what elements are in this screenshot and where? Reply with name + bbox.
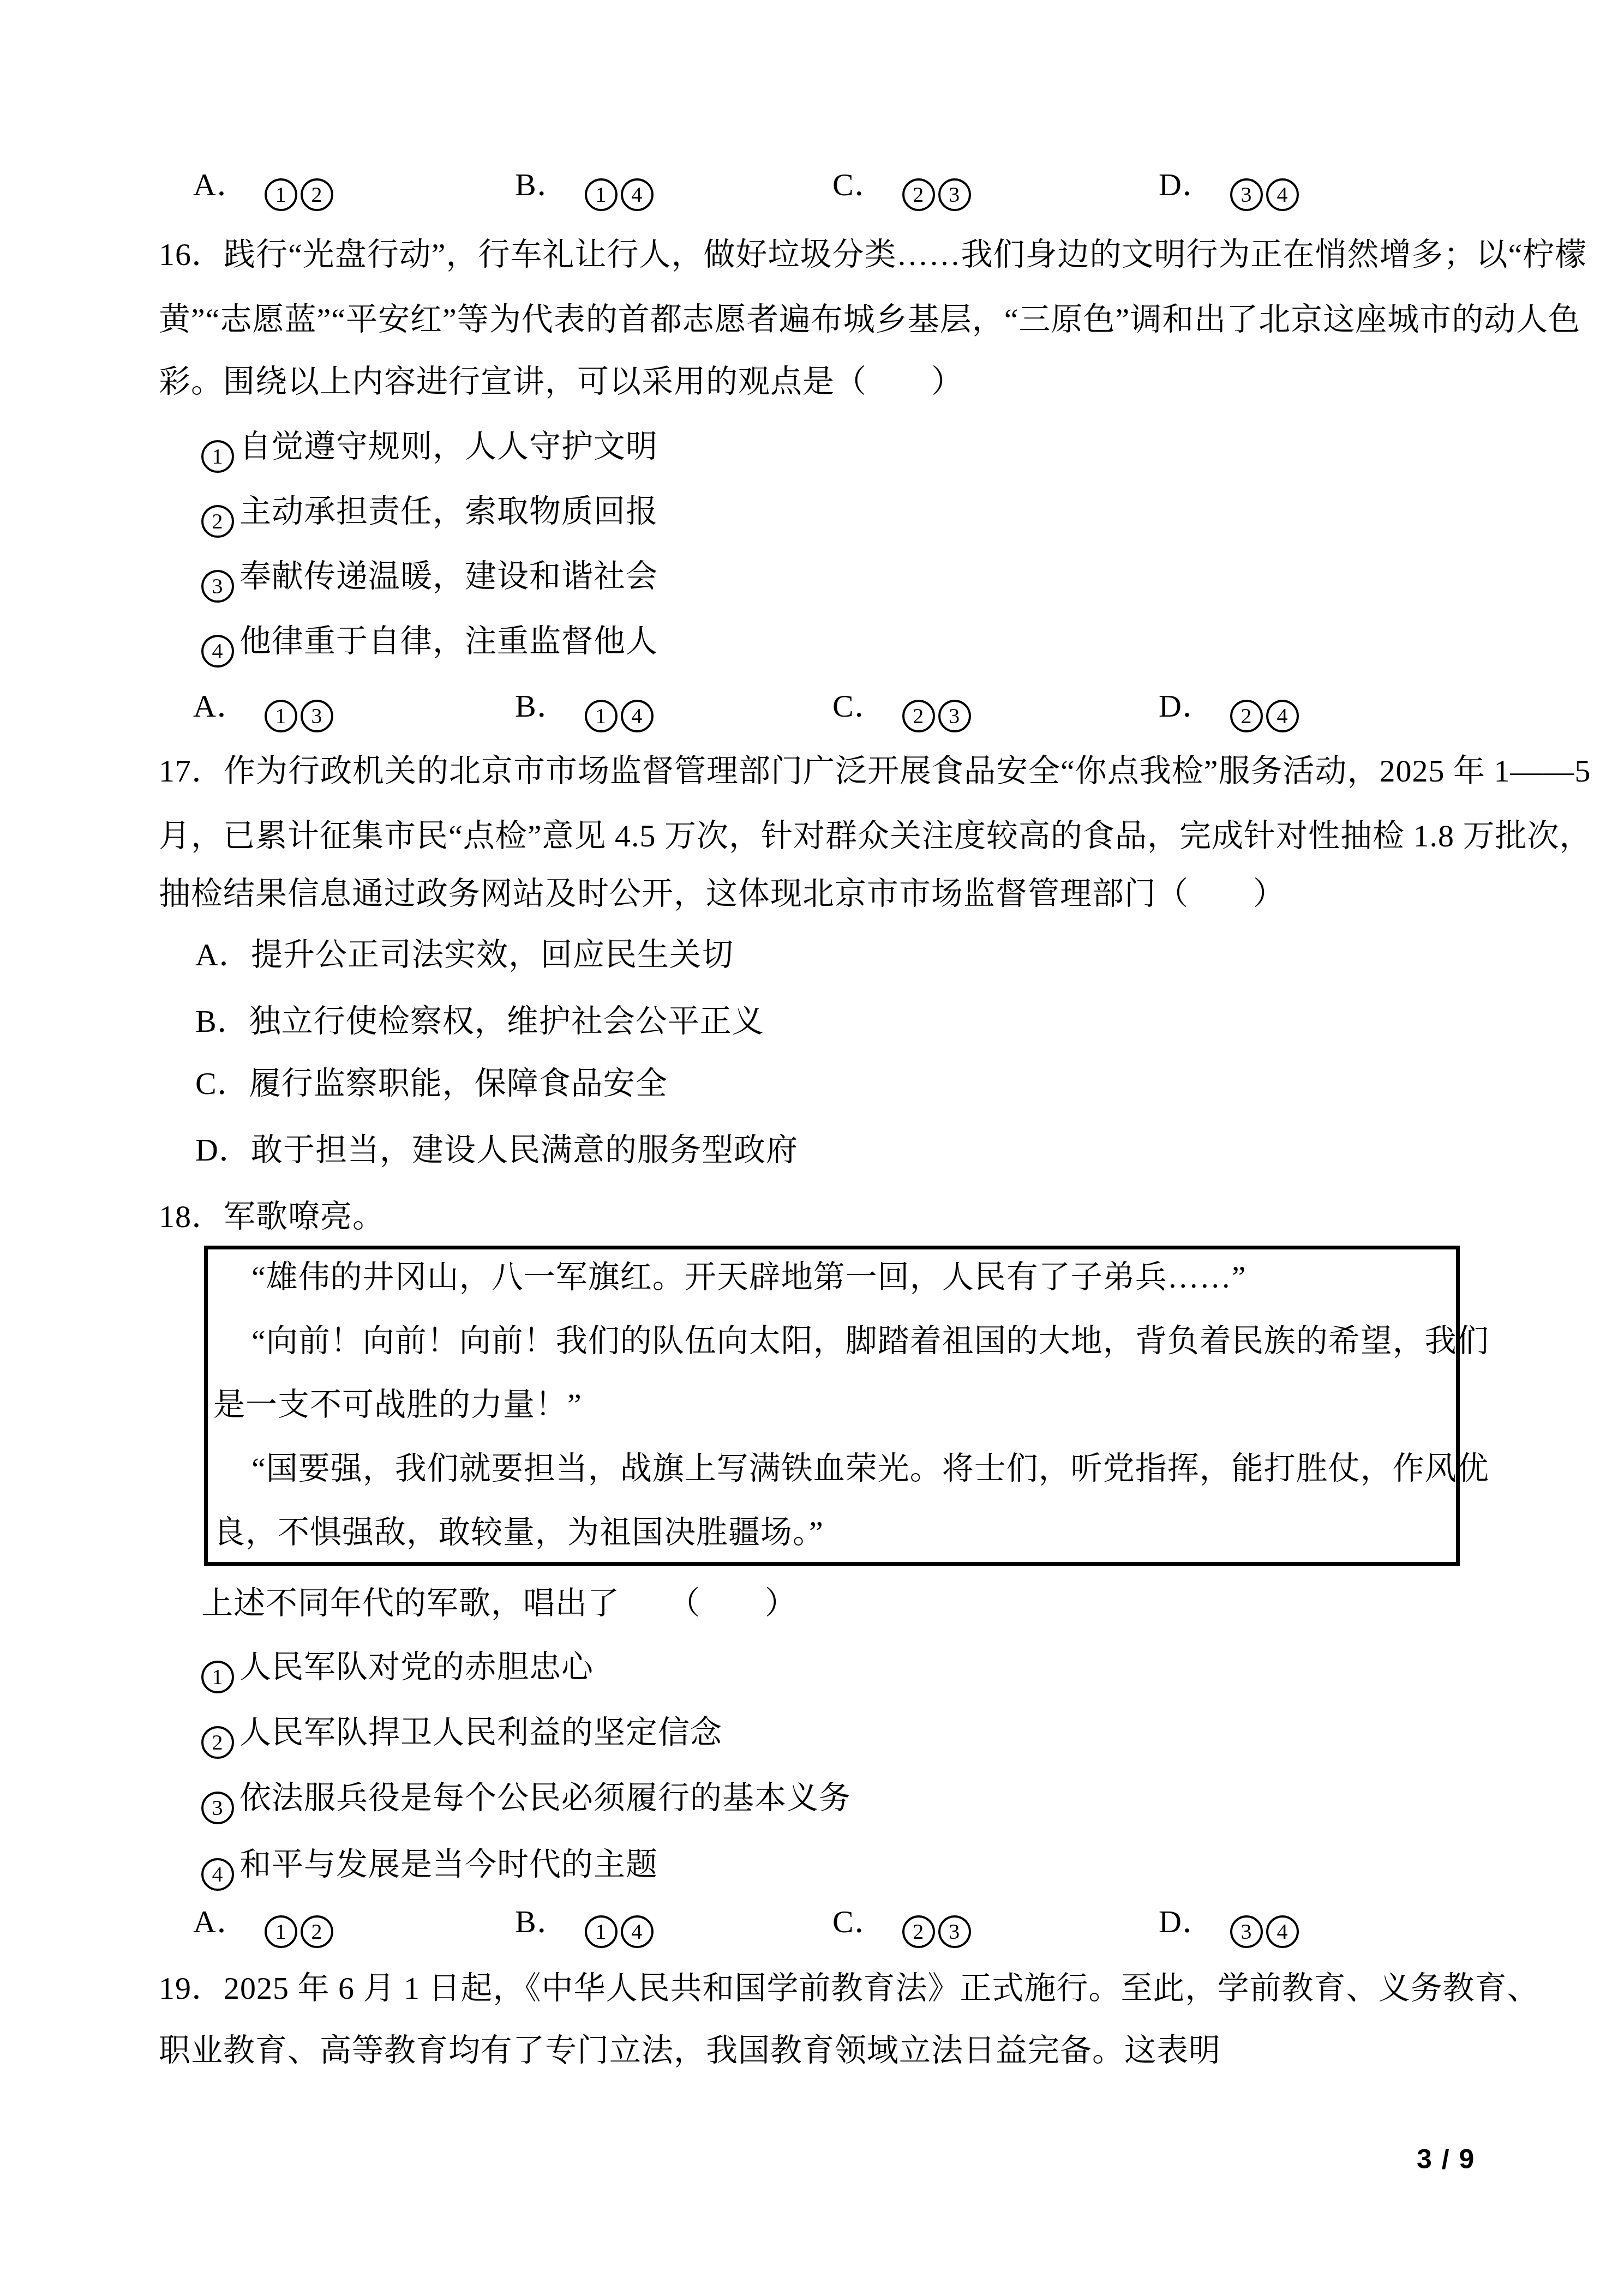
- circled-number-icon: 2: [902, 700, 935, 732]
- circled-number-icon: 3: [938, 700, 971, 732]
- q15-option-a: A．12: [193, 165, 335, 211]
- option-label: D．: [1159, 165, 1214, 205]
- item-text: 依法服兵役是每个公民必须履行的基本义务: [239, 1780, 851, 1816]
- item-text: 奉献传递温暖，建设和谐社会: [239, 558, 658, 594]
- q16-option-b: B．14: [515, 686, 655, 732]
- circled-number-icon: 4: [1266, 1915, 1299, 1948]
- circled-number-icon: 3: [201, 1792, 234, 1824]
- song-lyrics-box: “雄伟的井冈山，八一军旗红。开天辟地第一回，人民有了子弟兵……” “向前！向前！…: [204, 1246, 1460, 1566]
- q18-item-4: 4和平与发展是当今时代的主题: [201, 1844, 658, 1891]
- q17-option-d: D．敢于担当，建设人民满意的服务型政府: [195, 1130, 798, 1170]
- q18-title: 18．军歌嘹亮。: [159, 1197, 385, 1237]
- option-label: B．: [515, 165, 569, 205]
- circled-number-icon: 2: [902, 1915, 935, 1948]
- circled-number-icon: 4: [621, 178, 654, 211]
- option-label: C．: [832, 1902, 886, 1942]
- q18-option-c: C．23: [832, 1902, 973, 1948]
- circled-number-icon: 3: [1230, 178, 1263, 211]
- option-label: D．: [1159, 686, 1214, 726]
- q17-stem-line-1: 17．作为行政机关的北京市市场监督管理部门广泛开展食品安全“你点我检”服务活动，…: [159, 751, 1591, 791]
- circled-number-icon: 1: [201, 1661, 234, 1693]
- circled-number-icon: 2: [301, 178, 333, 211]
- circled-number-icon: 1: [265, 1915, 297, 1948]
- q17-stem-line-3: 抽检结果信息通过政务网站及时公开，这体现北京市市场监督管理部门（ ）: [159, 874, 1285, 914]
- option-label: B．: [515, 1902, 569, 1942]
- circled-number-icon: 3: [938, 178, 971, 211]
- q16-option-c: C．23: [832, 686, 973, 732]
- exam-paper-page: A．12 B．14 C．23 D．34 16．践行“光盘行动”，行车礼让行人，做…: [0, 0, 1624, 2296]
- q18-option-a: A．12: [193, 1902, 335, 1948]
- circled-number-icon: 2: [902, 178, 935, 211]
- circled-number-icon: 3: [938, 1915, 971, 1948]
- circled-number-icon: 4: [621, 1915, 654, 1948]
- q18-item-1: 1人民军队对党的赤胆忠心: [201, 1647, 594, 1693]
- song-line-4: “国要强，我们就要担当，战旗上写满铁血荣光。将士们，听党指挥，能打胜仗，作风优: [251, 1448, 1489, 1489]
- circled-number-icon: 4: [621, 700, 654, 732]
- q16-item-4: 4他律重于自律，注重监督他人: [201, 621, 658, 668]
- option-label: A．: [193, 1902, 249, 1942]
- q17-option-a: A．提升公正司法实效，回应民生关切: [195, 935, 734, 975]
- circled-number-icon: 1: [265, 700, 297, 732]
- q15-option-c: C．23: [832, 165, 973, 211]
- item-text: 人民军队对党的赤胆忠心: [239, 1649, 594, 1685]
- page-number: 3 / 9: [1417, 2143, 1475, 2175]
- item-text: 和平与发展是当今时代的主题: [239, 1847, 658, 1882]
- item-text: 主动承担责任，索取物质回报: [239, 494, 658, 529]
- option-label: C．: [832, 165, 886, 205]
- q16-item-1: 1自觉遵守规则，人人守护文明: [201, 426, 658, 473]
- circled-number-icon: 3: [301, 700, 333, 732]
- circled-number-icon: 4: [1266, 700, 1299, 732]
- circled-number-icon: 2: [201, 505, 234, 538]
- q18-answer-row: A．12 B．14 C．23 D．34: [0, 1902, 1624, 1945]
- q16-stem-line-3: 彩。围绕以上内容进行宣讲，可以采用的观点是（ ）: [159, 362, 963, 402]
- q18-option-b: B．14: [515, 1902, 655, 1948]
- q16-item-2: 2主动承担责任，索取物质回报: [201, 491, 658, 538]
- item-text: 自觉遵守规则，人人守护文明: [239, 429, 658, 464]
- circled-number-icon: 1: [585, 178, 618, 211]
- q16-option-d: D．24: [1159, 686, 1301, 732]
- q16-answer-row: A．13 B．14 C．23 D．24: [0, 686, 1624, 730]
- q17-option-c: C．履行监察职能，保障食品安全: [195, 1063, 668, 1104]
- option-label: C．: [832, 686, 886, 726]
- q16-item-3: 3奉献传递温暖，建设和谐社会: [201, 556, 658, 603]
- q16-stem-line-1: 16．践行“光盘行动”，行车礼让行人，做好垃圾分类……我们身边的文明行为正在悄然…: [159, 235, 1587, 275]
- item-text: 他律重于自律，注重监督他人: [239, 623, 658, 659]
- option-label: B．: [515, 686, 569, 726]
- song-line-2: “向前！向前！向前！我们的队伍向太阳，脚踏着祖国的大地，背负着民族的希望，我们: [251, 1321, 1489, 1361]
- circled-number-icon: 3: [1230, 1915, 1263, 1948]
- q17-option-b: B．独立行使检察权，维护社会公平正义: [195, 1001, 764, 1042]
- song-line-5: 良，不惧强敌，敢较量，为祖国决胜疆场。”: [213, 1512, 824, 1553]
- option-label: A．: [193, 686, 249, 726]
- song-line-1: “雄伟的井冈山，八一军旗红。开天辟地第一回，人民有了子弟兵……”: [251, 1257, 1247, 1297]
- circled-number-icon: 3: [201, 570, 234, 603]
- q18-item-3: 3依法服兵役是每个公民必须履行的基本义务: [201, 1778, 851, 1824]
- circled-number-icon: 2: [1230, 700, 1263, 732]
- q17-stem-line-2: 月，已累计征集市民“点检”意见 4.5 万次，针对群众关注度较高的食品，完成针对…: [159, 816, 1592, 856]
- item-text: 人民军队捍卫人民利益的坚定信念: [239, 1715, 722, 1750]
- q15-answer-row: A．12 B．14 C．23 D．34: [0, 165, 1624, 208]
- circled-number-icon: 4: [201, 1858, 234, 1891]
- circled-number-icon: 4: [1266, 178, 1299, 211]
- option-label: A．: [193, 165, 249, 205]
- circled-number-icon: 2: [201, 1726, 234, 1759]
- song-line-3: 是一支不可战胜的力量！”: [213, 1385, 582, 1425]
- circled-number-icon: 1: [201, 440, 234, 473]
- circled-number-icon: 1: [265, 178, 297, 211]
- circled-number-icon: 2: [301, 1915, 333, 1948]
- q16-option-a: A．13: [193, 686, 335, 732]
- q18-option-d: D．34: [1159, 1902, 1301, 1948]
- q19-stem-line-2: 职业教育、高等教育均有了专门立法，我国教育领域立法日益完备。这表明: [159, 2030, 1221, 2071]
- circled-number-icon: 1: [585, 1915, 618, 1948]
- circled-number-icon: 1: [585, 700, 618, 732]
- q18-item-2: 2人民军队捍卫人民利益的坚定信念: [201, 1712, 722, 1759]
- q16-stem-line-2: 黄”“志愿蓝”“平安红”等为代表的首都志愿者遍布城乡基层，“三原色”调和出了北京…: [159, 299, 1580, 340]
- q15-option-d: D．34: [1159, 165, 1301, 211]
- option-label: D．: [1159, 1902, 1214, 1942]
- q18-stem: 上述不同年代的军歌，唱出了 （ ）: [201, 1583, 797, 1624]
- circled-number-icon: 4: [201, 635, 234, 668]
- q15-option-b: B．14: [515, 165, 655, 211]
- q19-stem-line-1: 19．2025 年 6 月 1 日起，《中华人民共和国学前教育法》正式施行。至此…: [159, 1968, 1539, 2009]
